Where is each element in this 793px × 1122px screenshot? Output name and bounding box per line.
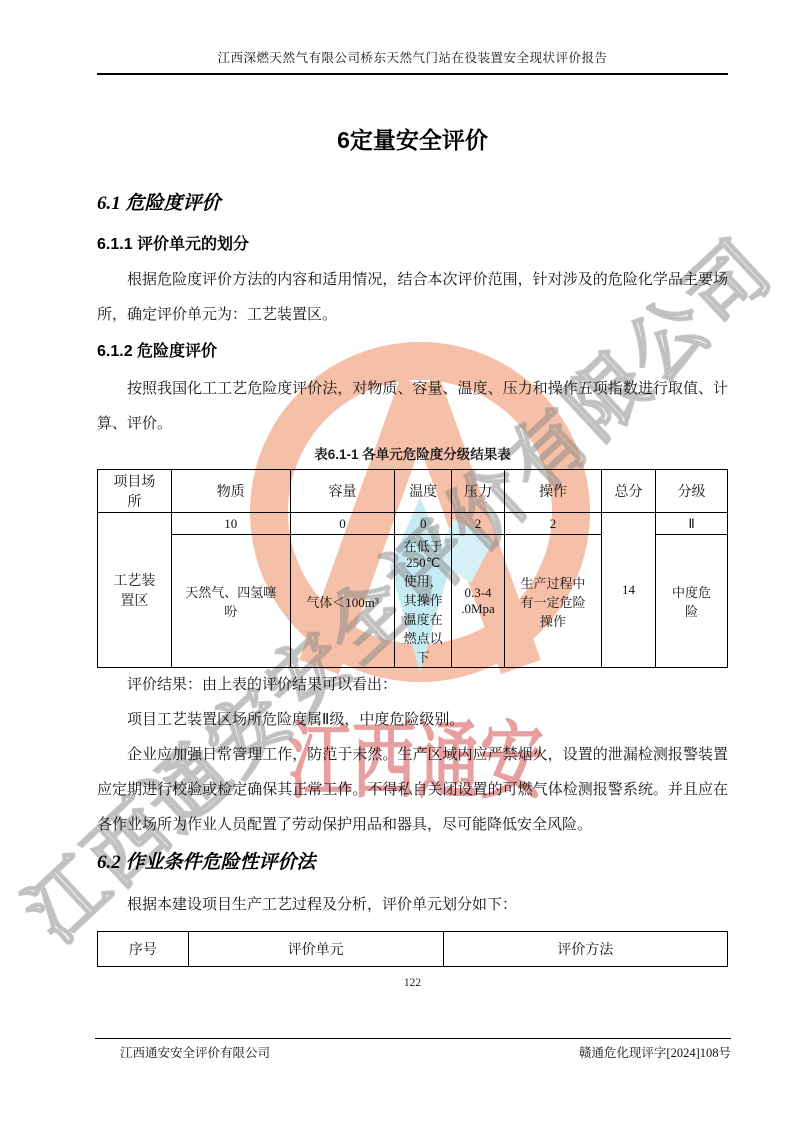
paragraph-result-advice: 企业应加强日常管理工作，防范于未然。生产区域内应严禁烟火，设置的泄漏检测报警装置… bbox=[97, 738, 728, 843]
page-title: 6定量安全评价 bbox=[97, 125, 728, 155]
cell-temperature-detail: 在低于 250℃ 使用， 其操作 温度在 燃点以 下 bbox=[395, 535, 452, 668]
footer-rule bbox=[95, 1038, 731, 1039]
cell-capacity-detail: 气体＜100m³ bbox=[290, 535, 395, 668]
cell-material-detail: 天然气、四氢噻 吩 bbox=[171, 535, 290, 668]
cell-operation-score: 2 bbox=[504, 513, 601, 535]
footer-document-number: 赣通危化现评字[2024]108号 bbox=[579, 1043, 731, 1061]
table1-header-operation: 操作 bbox=[504, 470, 601, 513]
evaluation-unit-table: 序号 评价单元 评价方法 bbox=[97, 931, 728, 967]
table1-score-row: 工艺装 置区 10 0 0 2 2 14 Ⅱ bbox=[98, 513, 728, 535]
table1-header-capacity: 容量 bbox=[290, 470, 395, 513]
cell-pressure-score: 2 bbox=[452, 513, 505, 535]
table1-header-grade: 分级 bbox=[656, 470, 728, 513]
table1-header-temperature: 温度 bbox=[395, 470, 452, 513]
cell-temperature-score: 0 bbox=[395, 513, 452, 535]
page-content: 江西深燃天然气有限公司桥东天然气门站在役装置安全现状评价报告 6定量安全评价 6… bbox=[0, 48, 793, 989]
section-heading-6-1: 6.1 危险度评价 bbox=[97, 192, 728, 216]
cell-grade-level: Ⅱ bbox=[656, 513, 728, 535]
table1-caption: 表6.1-1 各单元危险度分级结果表 bbox=[97, 446, 728, 464]
table2-header-unit: 评价单元 bbox=[188, 932, 443, 967]
page-footer: 江西通安安全评价有限公司 赣通危化现评字[2024]108号 bbox=[95, 1038, 731, 1061]
paragraph-result-grade: 项目工艺装置区场所危险度属Ⅱ级，中度危险级别。 bbox=[97, 703, 728, 738]
paragraph-unit-division: 根据危险度评价方法的内容和适用情况，结合本次评价范围，针对涉及的危险化学品主要场… bbox=[97, 263, 728, 333]
paragraph-result-intro: 评价结果：由上表的评价结果可以看出： bbox=[97, 668, 728, 703]
table1-header-pressure: 压力 bbox=[452, 470, 505, 513]
document-page: 江西通安 江西通安安全评价有限公司 江西深燃天然气有限公司桥东天然气门站在役装置… bbox=[0, 0, 793, 1122]
table1-header-row: 项目场 所 物质 容量 温度 压力 操作 总分 分级 bbox=[98, 470, 728, 513]
paragraph-unit-list-intro: 根据本建设项目生产工艺过程及分析，评价单元划分如下： bbox=[97, 888, 728, 923]
page-number: 122 bbox=[97, 977, 728, 989]
cell-site: 工艺装 置区 bbox=[98, 513, 172, 668]
table2-header-method: 评价方法 bbox=[443, 932, 727, 967]
header-rule bbox=[97, 73, 728, 75]
section-heading-6-1-2: 6.1.2 危险度评价 bbox=[97, 341, 728, 363]
table1-header-material: 物质 bbox=[171, 470, 290, 513]
running-header: 江西深燃天然气有限公司桥东天然气门站在役装置安全现状评价报告 bbox=[97, 48, 728, 66]
table1-header-total: 总分 bbox=[601, 470, 655, 513]
cell-operation-detail: 生产过程中 有一定危险 操作 bbox=[504, 535, 601, 668]
paragraph-hazard-method: 按照我国化工工艺危险度评价法，对物质、容量、温度、压力和操作五项指数进行取值、计… bbox=[97, 372, 728, 442]
section-heading-6-2: 6.2 作业条件危险性评价法 bbox=[97, 851, 728, 875]
footer-company: 江西通安安全评价有限公司 bbox=[95, 1043, 270, 1061]
hazard-grading-table: 项目场 所 物质 容量 温度 压力 操作 总分 分级 工艺装 置区 10 0 0… bbox=[97, 469, 728, 668]
table2-header-row: 序号 评价单元 评价方法 bbox=[98, 932, 728, 967]
section-heading-6-1-1: 6.1.1 评价单元的划分 bbox=[97, 234, 728, 256]
table2-header-no: 序号 bbox=[98, 932, 189, 967]
cell-grade-detail: 中度危 险 bbox=[656, 535, 728, 668]
table1-header-site: 项目场 所 bbox=[98, 470, 172, 513]
cell-pressure-detail: 0.3-4 .0Mpa bbox=[452, 535, 505, 668]
cell-capacity-score: 0 bbox=[290, 513, 395, 535]
cell-total-score: 14 bbox=[601, 513, 655, 668]
cell-material-score: 10 bbox=[171, 513, 290, 535]
